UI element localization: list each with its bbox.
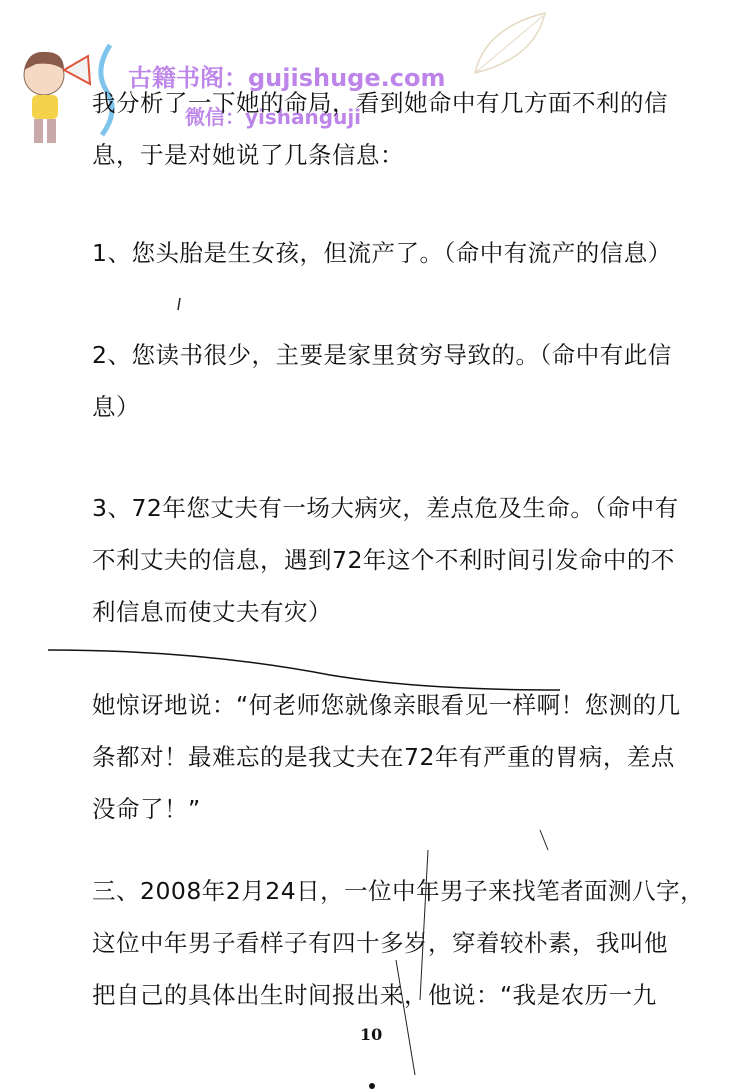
scan-artifact-lines	[0, 0, 755, 1092]
scanned-page: 古籍书阁：gujishuge.com 微信：yishanguji 我分析了一下她…	[0, 0, 755, 1092]
